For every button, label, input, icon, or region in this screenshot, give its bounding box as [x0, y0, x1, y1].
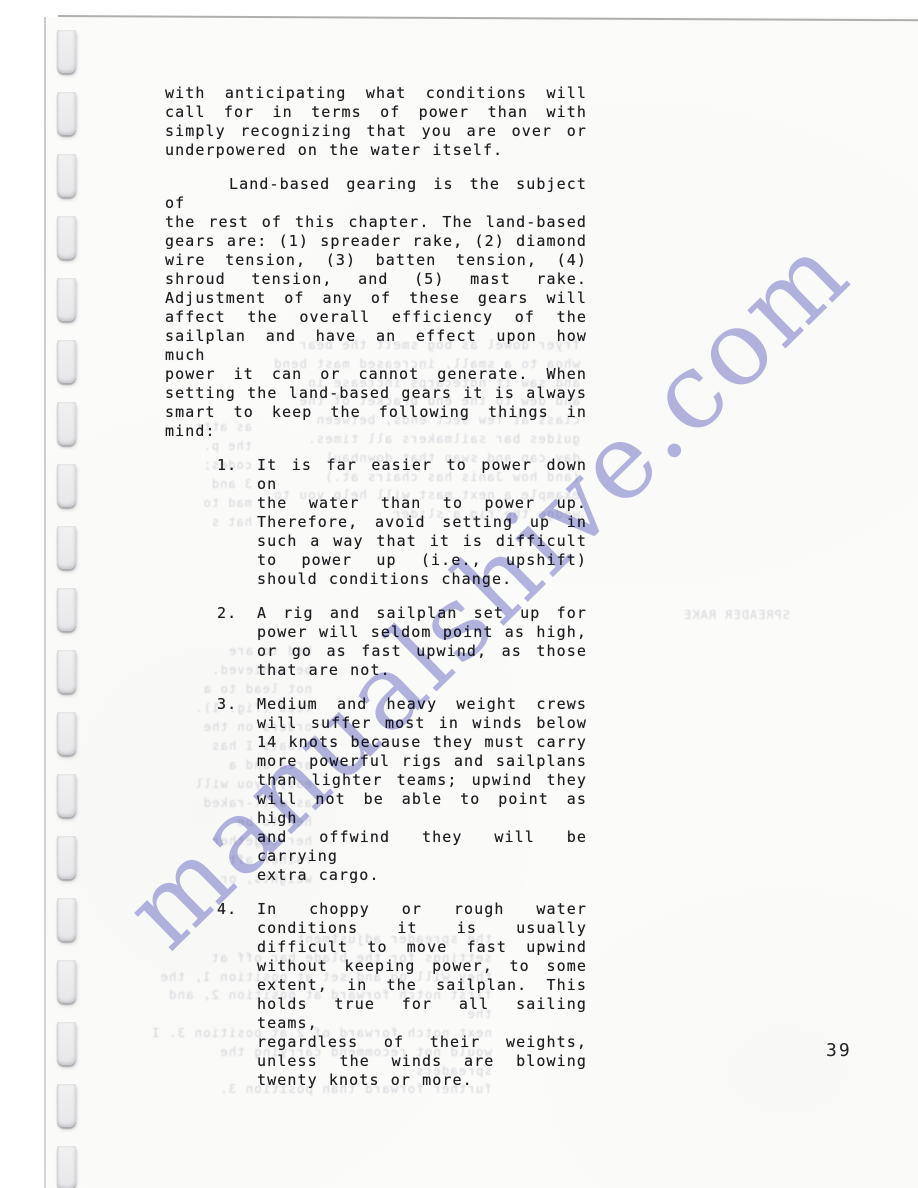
- numbered-list-item: 3.Medium and heavy weight crewswill suff…: [165, 695, 587, 885]
- text-line: will not be able to point as high: [257, 790, 587, 828]
- binding-hole: [57, 30, 76, 73]
- text-line: 14 knots because they must carry: [257, 733, 587, 752]
- binding-hole: [57, 898, 76, 941]
- numbered-list-item: 4.In choppy or rough waterconditions it …: [165, 900, 587, 1090]
- binding-hole: [57, 154, 76, 197]
- text-line: Therefore, avoid setting up in: [257, 513, 587, 532]
- text-line: with anticipating what conditions will: [165, 84, 587, 103]
- binding-hole: [57, 836, 76, 879]
- text-line: extent, in the sailplan. This: [257, 976, 587, 995]
- text-line: power will seldom point as high,: [257, 623, 587, 642]
- binding-hole: [57, 402, 76, 445]
- text-line: unless the winds are blowing: [257, 1052, 587, 1071]
- text-line: without keeping power, to some: [257, 957, 587, 976]
- numbered-list-item: 1.It is far easier to power down onthe w…: [165, 456, 587, 589]
- text-line: smart to keep the following things in: [165, 403, 587, 422]
- text-line: shroud tension, and (5) mast rake.: [165, 270, 587, 289]
- text-line: A rig and sailplan set up for: [257, 604, 587, 623]
- text-line: power it can or cannot generate. When: [165, 365, 587, 384]
- text-line: Adjustment of any of these gears will: [165, 289, 587, 308]
- list-item-number: 3.: [217, 695, 237, 714]
- page-edge-left-line: [44, 17, 46, 1188]
- binding-hole: [57, 92, 76, 135]
- binding-hole: [57, 650, 76, 693]
- text-line: more powerful rigs and sailplans: [257, 752, 587, 771]
- binding-hole: [57, 712, 76, 755]
- list-item-number: 1.: [217, 456, 237, 475]
- binding-hole: [57, 1084, 76, 1127]
- text-line: underpowered on the water itself.: [165, 141, 587, 160]
- text-line: setting the land-based gears it is alway…: [165, 384, 587, 403]
- paragraph: with anticipating what conditions willca…: [165, 84, 587, 160]
- text-line: difficult to move fast upwind: [257, 938, 587, 957]
- binding-hole: [57, 340, 76, 383]
- text-line: Land-based gearing is the subject of: [165, 175, 587, 213]
- text-line: sailplan and have an effect upon how muc…: [165, 327, 587, 365]
- page-number: 39: [826, 1040, 852, 1061]
- text-line: or go as fast upwind, as those: [257, 642, 587, 661]
- binding-hole: [57, 526, 76, 569]
- text-line: to power up (i.e., upshift): [257, 551, 587, 570]
- binding-hole: [57, 960, 76, 1003]
- text-line: call for in terms of power than with: [165, 103, 587, 122]
- list-item-number: 2.: [217, 604, 237, 623]
- text-line: holds true for all sailing teams,: [257, 995, 587, 1033]
- text-line: that are not.: [257, 661, 587, 680]
- text-line: will suffer most in winds below: [257, 714, 587, 733]
- binding-hole: [57, 774, 76, 817]
- text-line: and offwind they will be carrying: [257, 828, 587, 866]
- list-item-number: 4.: [217, 900, 237, 919]
- text-line: should conditions change.: [257, 570, 587, 589]
- scanned-page: fryer dowel as bog smelt the bearwhoa to…: [0, 0, 918, 1188]
- text-line: the rest of this chapter. The land-based: [165, 213, 587, 232]
- paragraph: Land-based gearing is the subject ofthe …: [165, 175, 587, 441]
- bleed-through-line: SPREADER RAKE: [650, 607, 790, 623]
- text-line: extra cargo.: [257, 866, 587, 885]
- text-line: It is far easier to power down on: [257, 456, 587, 494]
- binding-hole: [57, 1146, 76, 1188]
- body-text-column: with anticipating what conditions willca…: [165, 84, 587, 1105]
- text-line: regardless of their weights,: [257, 1033, 587, 1052]
- binding-hole: [57, 588, 76, 631]
- text-line: conditions it is usually: [257, 919, 587, 938]
- text-line: affect the overall efficiency of the: [165, 308, 587, 327]
- text-line: gears are: (1) spreader rake, (2) diamon…: [165, 232, 587, 251]
- bleed-through-text: SPREADER RAKE: [650, 607, 790, 623]
- text-line: wire tension, (3) batten tension, (4): [165, 251, 587, 270]
- binding-hole: [57, 464, 76, 507]
- binding-hole: [57, 278, 76, 321]
- binding-hole: [57, 216, 76, 259]
- binding-hole: [57, 1022, 76, 1065]
- text-line: such a way that it is difficult: [257, 532, 587, 551]
- text-line: twenty knots or more.: [257, 1071, 587, 1090]
- numbered-list-item: 2.A rig and sailplan set up forpower wil…: [165, 604, 587, 680]
- text-line: simply recognizing that you are over or: [165, 122, 587, 141]
- text-line: than lighter teams; upwind they: [257, 771, 587, 790]
- text-line: Medium and heavy weight crews: [257, 695, 587, 714]
- text-line: mind:: [165, 422, 587, 441]
- text-line: the water than to power up.: [257, 494, 587, 513]
- text-line: In choppy or rough water: [257, 900, 587, 919]
